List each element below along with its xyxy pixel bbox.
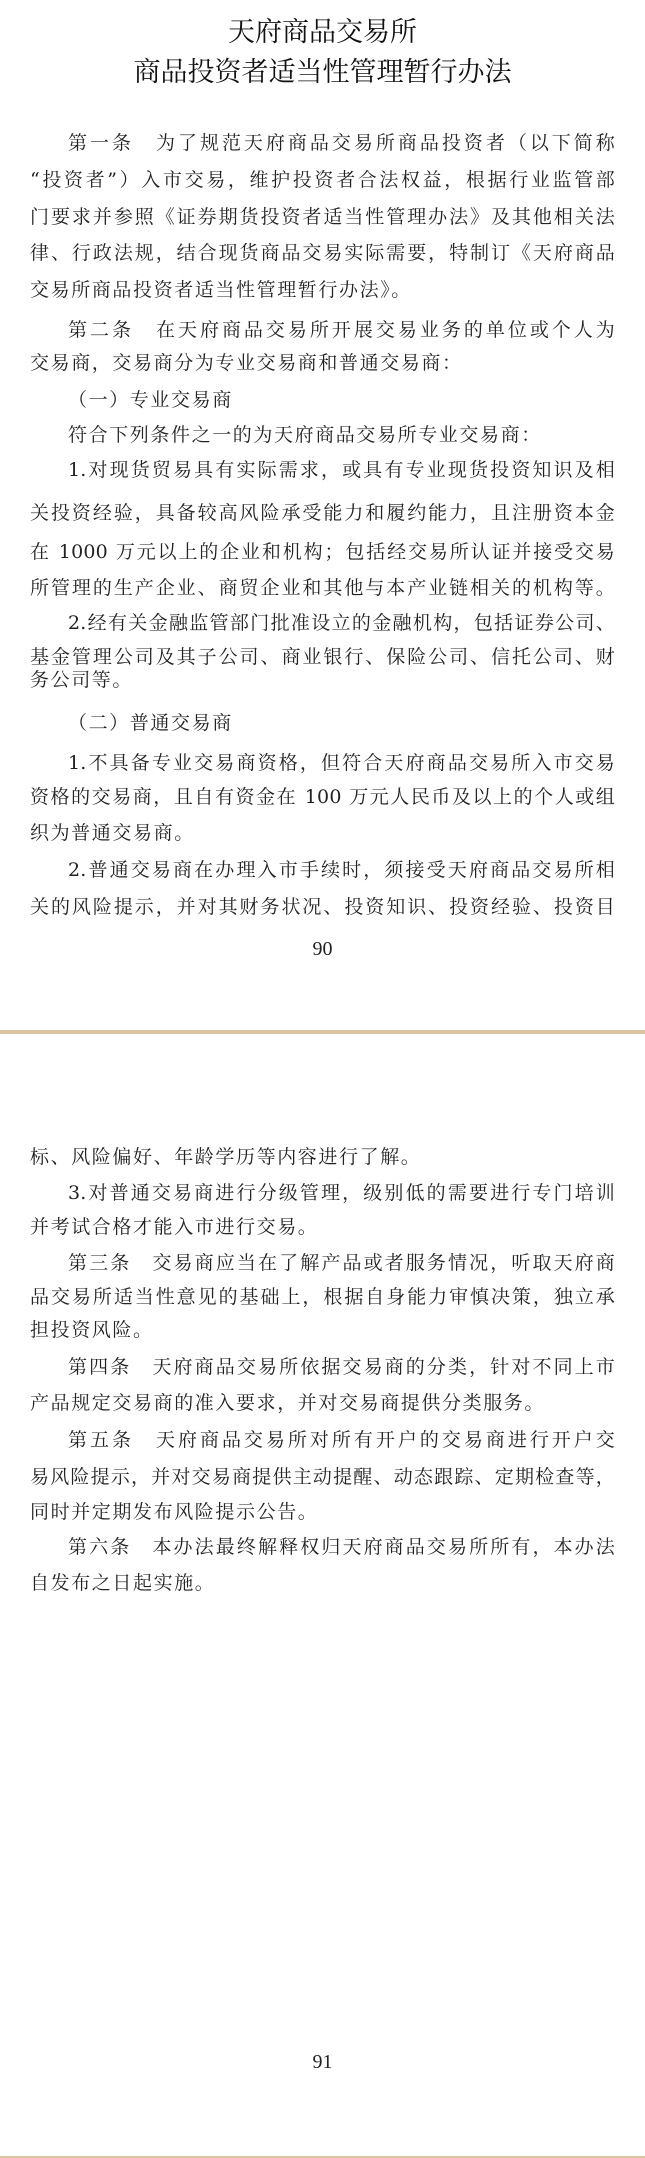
article-5-line: 同时并定期发布风险提示公告。 — [30, 1500, 615, 1524]
item-line: 并考试合格才能入市进行交易。 — [30, 1215, 615, 1239]
article-1-line: 第一条 为了规范天府商品交易所商品投资者（以下简称 — [68, 131, 615, 155]
section-line: 符合下列条件之一的为天府商品交易所专业交易商： — [68, 423, 645, 447]
document-title-line-1: 天府商品交易所 — [0, 10, 645, 49]
item-line: 资格的交易商，且自有资金在 100 万元人民币及以上的个人或组 — [30, 785, 615, 809]
article-1-line: “投资者”）入市交易，维护投资者合法权益，根据行业监管部 — [30, 168, 615, 192]
article-2-line: 交易商，交易商分为专业交易商和普通交易商： — [30, 351, 615, 375]
item-line: 务公司等。 — [30, 668, 615, 692]
document-title-line-2: 商品投资者适当性管理暂行办法 — [0, 50, 645, 89]
article-2-line: 第二条 在天府商品交易所开展交易业务的单位或个人为 — [68, 318, 615, 342]
article-4-line: 第四条 天府商品交易所依据交易商的分类，针对不同上市 — [68, 1355, 615, 1379]
page-number: 91 — [0, 2051, 645, 2074]
item-line: 3.对普通交易商进行分级管理，级别低的需要进行专门培训 — [68, 1181, 615, 1205]
item-line: 在 1000 万元以上的企业和机构；包括经交易所认证并接受交易 — [30, 540, 615, 564]
section-heading-professional: （一）专业交易商 — [68, 388, 645, 412]
article-3-line: 品交易所适当性意见的基础上，根据自身能力审慎决策，独立承 — [30, 1285, 615, 1309]
item-line: 1.对现货贸易具有实际需求，或具有专业现货投资知识及相 — [68, 458, 615, 482]
item-line: 2.普通交易商在办理入市手续时，须接受天府商品交易所相 — [68, 858, 615, 882]
item-line: 所管理的生产企业、商贸企业和其他与本产业链相关的机构等。 — [30, 576, 615, 600]
item-line: 织为普通交易商。 — [30, 821, 615, 845]
article-6-line: 自发布之日起实施。 — [30, 1571, 615, 1595]
item-line: 标、风险偏好、年龄学历等内容进行了解。 — [30, 1145, 615, 1169]
item-line: 1.不具备专业交易商资格，但符合天府商品交易所入市交易 — [68, 751, 615, 775]
article-4-line: 产品规定交易商的准入要求，并对交易商提供分类服务。 — [30, 1391, 615, 1415]
item-line: 2.经有关金融监管部门批准设立的金融机构，包括证券公司、 — [68, 611, 615, 635]
page-number: 90 — [0, 938, 645, 961]
article-5-line: 易风险提示，并对交易商提供主动提醒、动态跟踪、定期检查等， — [30, 1465, 615, 1489]
item-line: 基金管理公司及其子公司、商业银行、保险公司、信托公司、财 — [30, 645, 615, 669]
item-line: 关投资经验，具备较高风险承受能力和履约能力，且注册资本金 — [30, 501, 615, 525]
article-3-line: 第三条 交易商应当在了解产品或者服务情况，听取天府商 — [68, 1251, 615, 1275]
page-separator — [0, 1030, 645, 1034]
article-3-line: 担投资风险。 — [30, 1318, 615, 1342]
article-5-line: 第五条 天府商品交易所对所有开户的交易商进行开户交 — [68, 1428, 615, 1452]
item-line: 关的风险提示，并对其财务状况、投资知识、投资经验、投资目 — [30, 895, 615, 919]
article-6-line: 第六条 本办法最终解释权归天府商品交易所所有，本办法 — [68, 1535, 615, 1559]
article-1-line: 律、行政法规，结合现货商品交易实际需要，特制订《天府商品 — [30, 241, 615, 265]
article-1-line: 门要求并参照《证券期货投资者适当性管理办法》及其他相关法 — [30, 205, 615, 229]
article-1-line: 交易所商品投资者适当性管理暂行办法》。 — [30, 278, 615, 302]
section-heading-ordinary: （二）普通交易商 — [68, 711, 645, 735]
